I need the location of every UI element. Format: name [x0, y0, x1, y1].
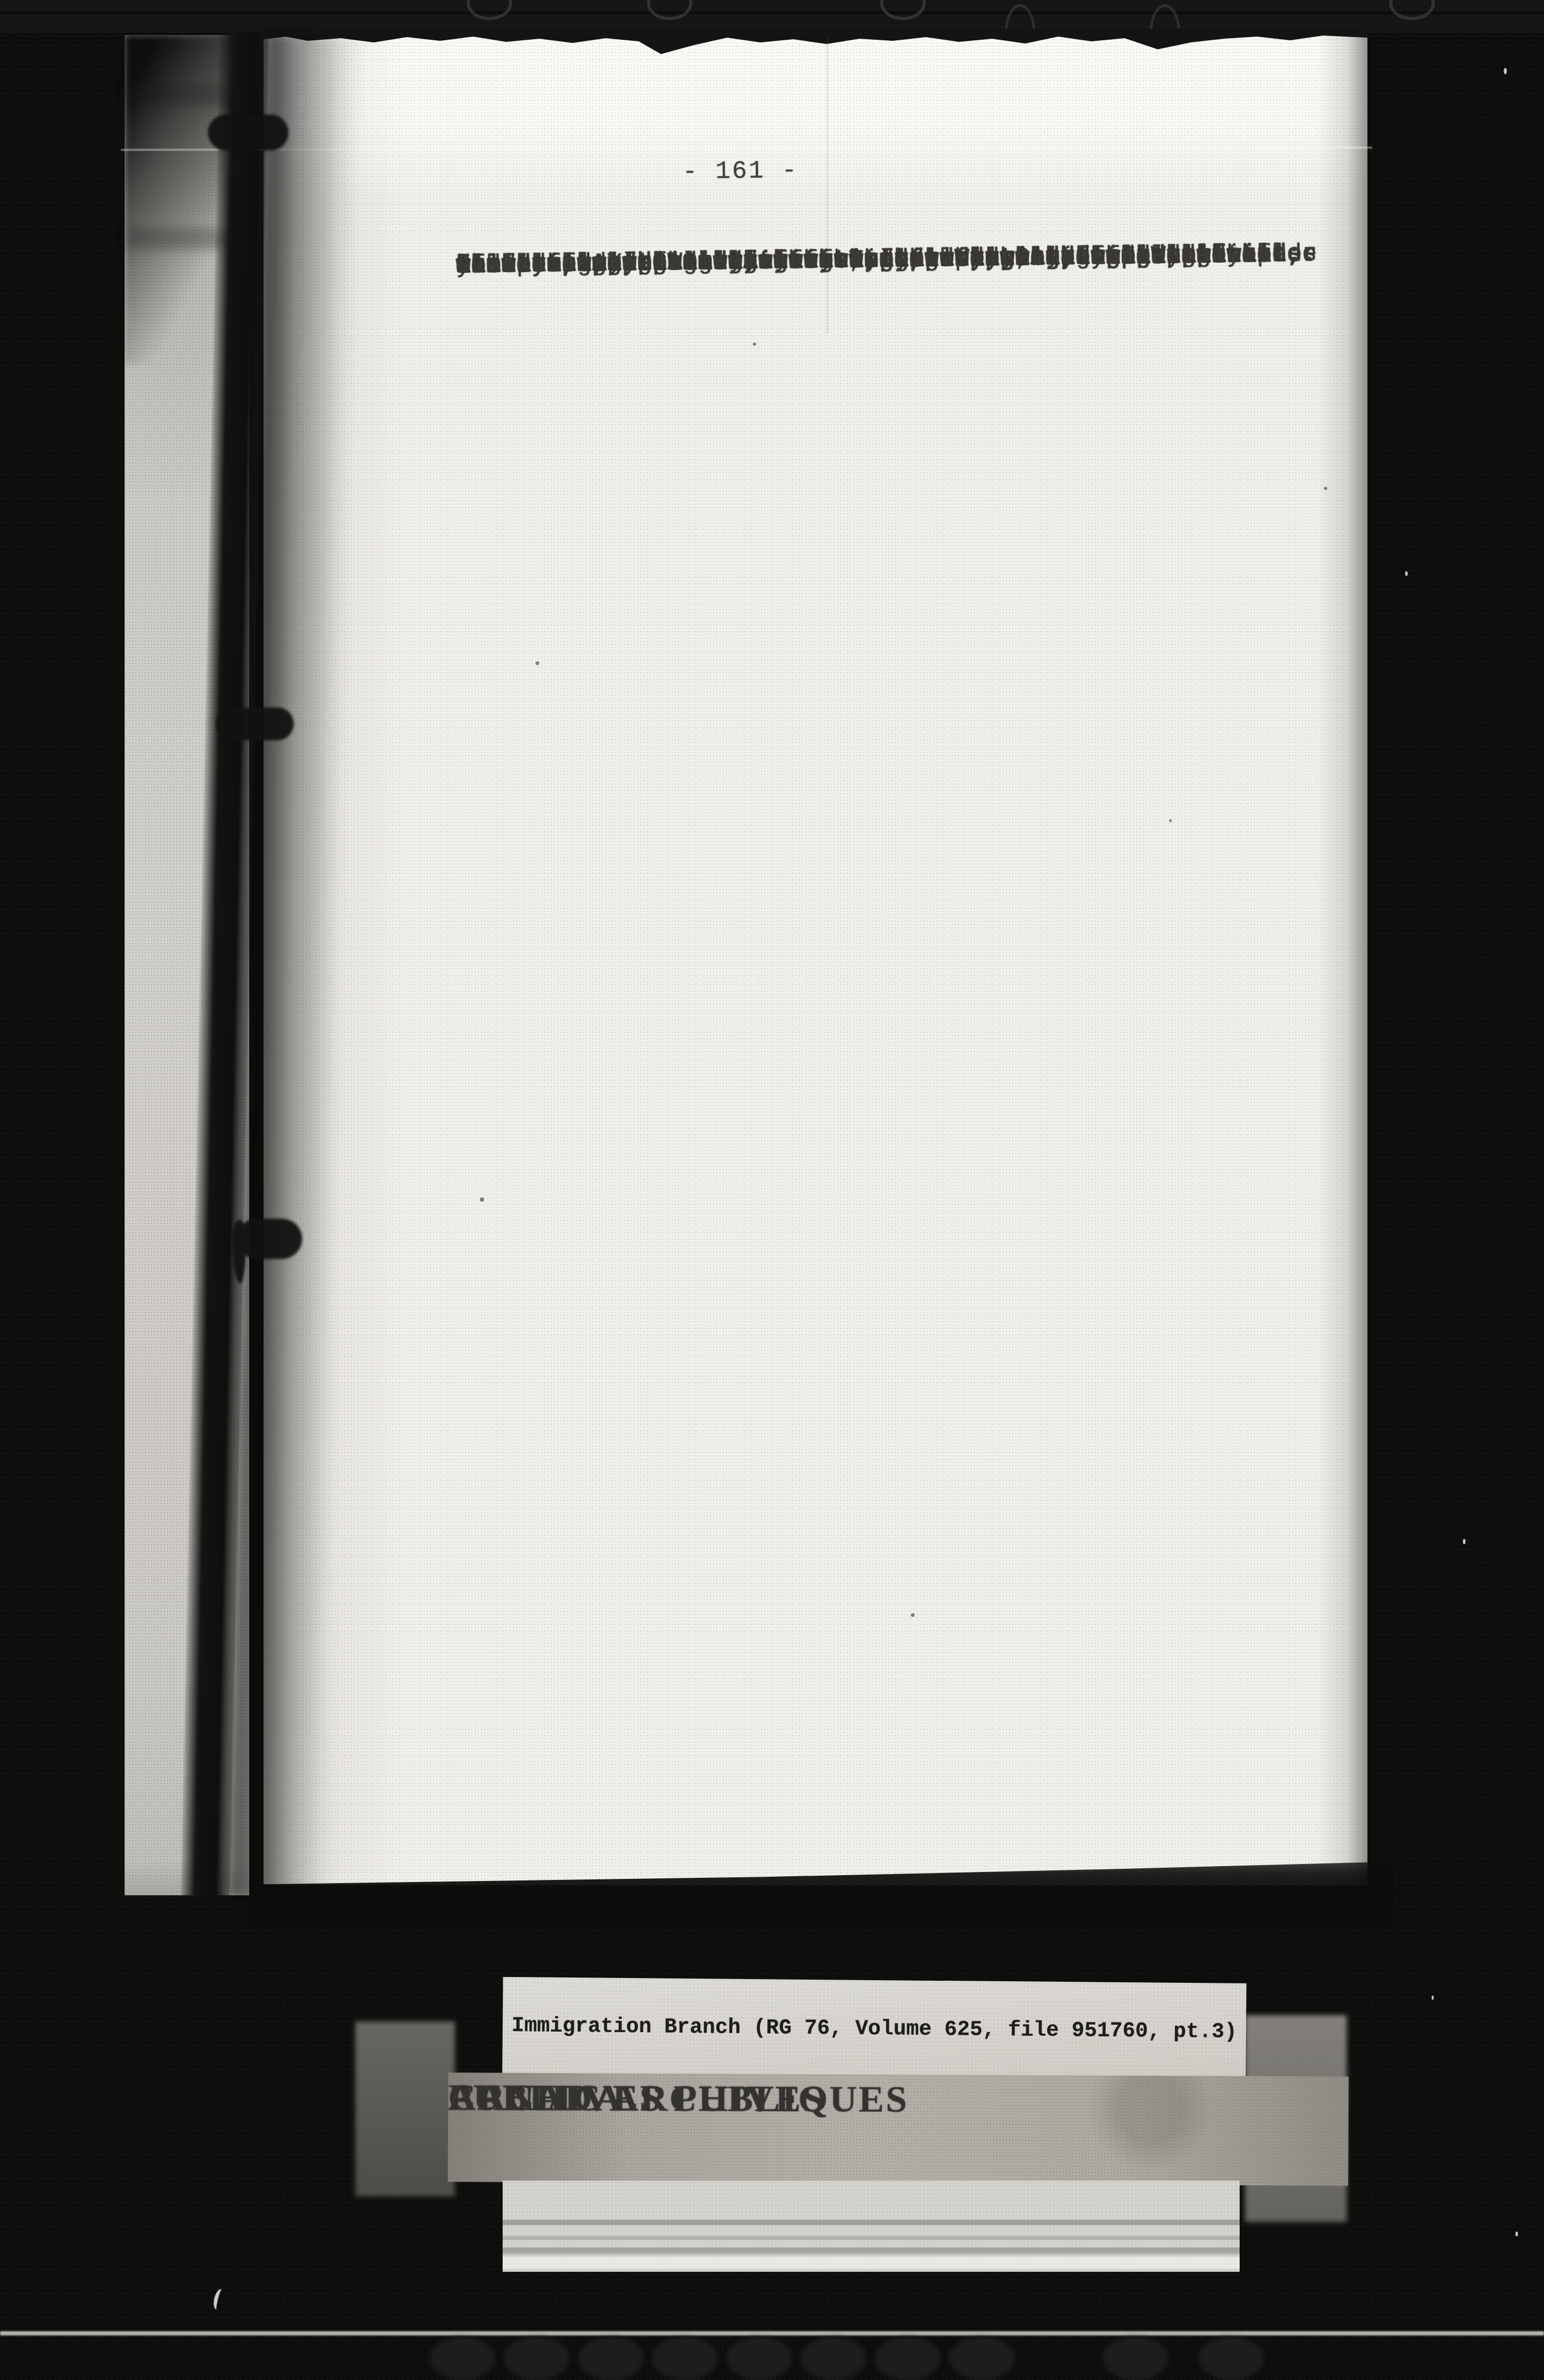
- film-speck: [1432, 1996, 1434, 2000]
- archives-stamp-strip: PUBLIC ARCHIVES ARCHIVES PUBLIQUES CANAD…: [448, 2072, 1349, 2185]
- stamp-line-public-archives: PUBLIC ARCHIVES: [448, 2085, 825, 2112]
- page-speck: [753, 343, 756, 346]
- archival-label-text: Immigration Branch (RG 76, Volume 625, f…: [512, 2014, 1238, 2044]
- film-frame-divider-line: [0, 2331, 1544, 2335]
- film-speck: [1463, 1539, 1466, 1544]
- page-speck: [536, 661, 539, 665]
- scallop-shadow: [726, 2337, 792, 2380]
- page-speck: [911, 1613, 915, 1617]
- scallop-shadow: [949, 2337, 1015, 2380]
- scallop-shadow: [801, 2337, 866, 2380]
- scallop-shadow: [652, 2337, 718, 2380]
- blank-paper-strip: [503, 2181, 1240, 2272]
- binder-ring-icon: [208, 115, 288, 151]
- binder-ring-icon: [236, 1219, 302, 1259]
- page-number: - 161 -: [682, 155, 895, 186]
- stamp-line-archives-publiques: ARCHIVES PUBLIQUES: [448, 2085, 908, 2113]
- film-speck: [1405, 571, 1408, 576]
- scallop-shadow: [1198, 2337, 1264, 2380]
- page-crease: [827, 37, 828, 334]
- document-page: [264, 32, 1367, 1885]
- film-speck: [1515, 2232, 1518, 2236]
- page-speck: [1324, 487, 1327, 490]
- scallop-shadow: [429, 2337, 495, 2380]
- archival-label-card: Immigration Branch (RG 76, Volume 625, f…: [502, 1977, 1247, 2081]
- page-speck: [1169, 819, 1172, 822]
- film-speck: [1504, 68, 1507, 74]
- binder-ring-icon: [216, 707, 294, 740]
- label-backing-left: [355, 2022, 455, 2197]
- film-scratch-line: [0, 12, 1544, 14]
- stamp-line-canada: CANADA: [448, 2085, 623, 2111]
- scallop-shadow: [504, 2337, 569, 2380]
- scallop-shadow: [578, 2337, 644, 2380]
- page-speck: [480, 1197, 484, 1202]
- film-top-band: [0, 0, 1544, 33]
- scallop-shadow: [875, 2337, 941, 2380]
- scallop-shadow: [1103, 2337, 1169, 2380]
- microfilm-scan: - 161 - are parts of Canada where we do …: [0, 0, 1544, 2380]
